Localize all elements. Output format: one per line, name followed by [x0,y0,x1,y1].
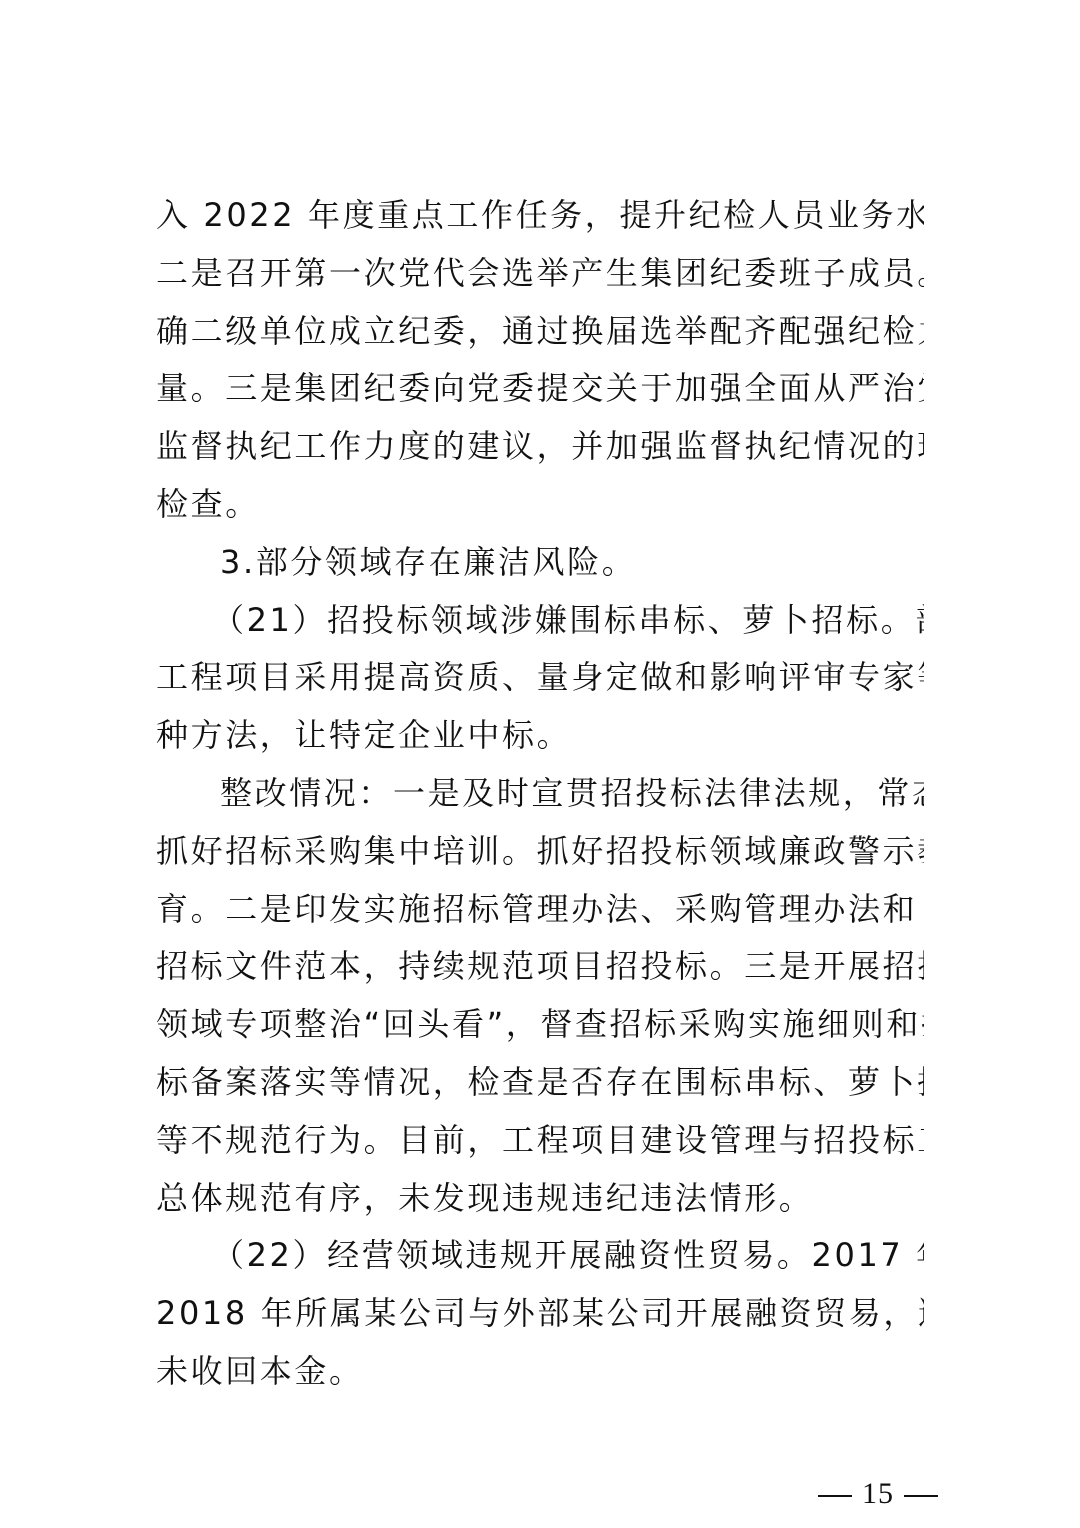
document-page: 入 2022 年度重点工作任务，提升纪检人员业务水平。 二是召开第一次党代会选举… [0,0,1080,1528]
dash-left [818,1495,852,1497]
paragraph-line: 监督执纪工作力度的建议，并加强监督执纪情况的现场 [156,418,924,476]
paragraph-line: 抓好招标采购集中培训。抓好招投标领域廉政警示教 [156,823,924,881]
paragraph-line: 二是召开第一次党代会选举产生集团纪委班子成员。明 [156,245,924,303]
issue-heading-21: （21）招投标领域涉嫌围标串标、萝卜招标。部分 [156,592,924,650]
issue-heading-22: （22）经营领域违规开展融资性贸易。2017 年至 [156,1227,924,1285]
page-number-footer: 15 [808,1474,948,1514]
paragraph-line: 2018 年所属某公司与外部某公司开展融资贸易，逾期 [156,1285,924,1343]
paragraph-line: 招标文件范本，持续规范项目招投标。三是开展招投标 [156,938,924,996]
paragraph-line: 领域专项整治“回头看”，督查招标采购实施细则和招 [156,996,924,1054]
paragraph-line: 确二级单位成立纪委，通过换届选举配齐配强纪检力 [156,303,924,361]
paragraph-line: 检查。 [156,476,924,534]
paragraph-line: 工程项目采用提高资质、量身定做和影响评审专家等多 [156,649,924,707]
paragraph-line: 总体规范有序，未发现违规违纪违法情形。 [156,1170,924,1228]
section-heading: 3.部分领域存在廉洁风险。 [156,534,924,592]
document-body: 入 2022 年度重点工作任务，提升纪检人员业务水平。 二是召开第一次党代会选举… [156,187,924,1401]
rectification-paragraph-start: 整改情况：一是及时宣贯招投标法律法规，常态化 [156,765,924,823]
paragraph-line: 育。二是印发实施招标管理办法、采购管理办法和 6 个 [156,881,924,939]
paragraph-line: 量。三是集团纪委向党委提交关于加强全面从严治党和 [156,360,924,418]
dash-right [904,1495,938,1497]
paragraph-line: 等不规范行为。目前，工程项目建设管理与招投标工作 [156,1112,924,1170]
page-number: 15 [862,1477,894,1510]
paragraph-line: 标备案落实等情况，检查是否存在围标串标、萝卜招标 [156,1054,924,1112]
paragraph-line: 种方法，让特定企业中标。 [156,707,924,765]
paragraph-line: 入 2022 年度重点工作任务，提升纪检人员业务水平。 [156,187,924,245]
paragraph-line: 未收回本金。 [156,1343,924,1401]
